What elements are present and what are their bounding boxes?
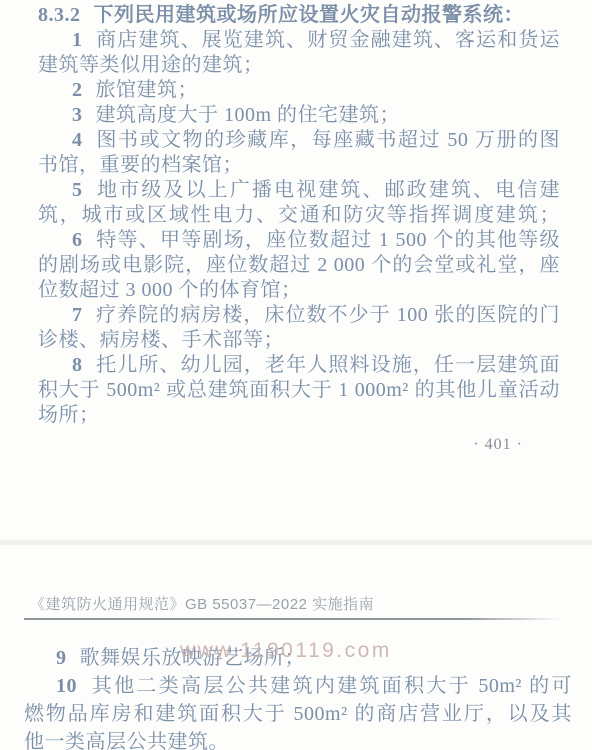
item-number: 8.3.2 bbox=[38, 4, 81, 26]
line-text: 地市级及以上广播电视建筑、邮政建筑、电信建 bbox=[96, 179, 561, 201]
text-line: 建筑等类似用途的建筑； bbox=[38, 53, 560, 78]
line-text: 托儿所、幼儿园，老年人照料设施，任一层建筑面 bbox=[96, 354, 561, 376]
text-line: 2旅馆建筑； bbox=[38, 78, 560, 103]
line-text: 商店建筑、展览建筑、财贸金融建筑、客运和货运 bbox=[96, 29, 561, 51]
item-number: 7 bbox=[72, 304, 83, 326]
line-text: 建筑高度大于 100m 的住宅建筑； bbox=[96, 104, 401, 126]
header-rule bbox=[24, 618, 562, 620]
text-line: 书馆，重要的档案馆； bbox=[38, 153, 560, 178]
clause-text-block-bottom: 9歌舞娱乐放映游艺场所；10其他二类高层公共建筑内建筑面积大于 50m² 的可燃… bbox=[24, 644, 572, 750]
scanned-document-page: { "colors": { "ink": "#7b8fa8", "header_… bbox=[0, 0, 592, 750]
text-line: 5地市级及以上广播电视建筑、邮政建筑、电信建 bbox=[38, 178, 560, 203]
text-line: 9歌舞娱乐放映游艺场所； bbox=[24, 644, 572, 672]
text-line: 积大于 500m² 或总建筑面积大于 1 000m² 的其他儿童活动 bbox=[38, 378, 560, 403]
line-text: 歌舞娱乐放映游艺场所； bbox=[80, 647, 306, 669]
line-text: 其他二类高层公共建筑内建筑面积大于 50m² 的可 bbox=[90, 675, 572, 697]
text-line: 位数超过 3 000 个的体育馆； bbox=[38, 278, 560, 303]
text-line: 3建筑高度大于 100m 的住宅建筑； bbox=[38, 103, 560, 128]
text-line: 4图书或文物的珍藏库，每座藏书超过 50 万册的图 bbox=[38, 128, 560, 153]
text-line: 10其他二类高层公共建筑内建筑面积大于 50m² 的可 bbox=[24, 672, 572, 700]
text-line: 1商店建筑、展览建筑、财贸金融建筑、客运和货运 bbox=[38, 28, 560, 53]
text-line: 8托儿所、幼儿园，老年人照料设施，任一层建筑面 bbox=[38, 353, 560, 378]
page-seam-divider bbox=[0, 540, 592, 545]
clause-text-block-top: 8.3.2下列民用建筑或场所应设置火灾自动报警系统：1商店建筑、展览建筑、财贸金… bbox=[38, 3, 560, 428]
item-number: 10 bbox=[56, 675, 77, 697]
text-line: 8.3.2下列民用建筑或场所应设置火灾自动报警系统： bbox=[38, 3, 560, 28]
item-number: 3 bbox=[72, 104, 83, 126]
text-line: 燃物品库房和建筑面积大于 500m² 的商店营业厅，以及其 bbox=[24, 700, 572, 728]
item-number: 4 bbox=[72, 129, 83, 151]
text-line: 7疗养院的病房楼，床位数不少于 100 张的医院的门 bbox=[38, 303, 560, 328]
item-number: 9 bbox=[56, 647, 67, 669]
text-line: 的剧场或电影院，座位数超过 2 000 个的会堂或礼堂，座 bbox=[38, 253, 560, 278]
running-header: 《建筑防火通用规范》GB 55037—2022 实施指南 bbox=[30, 593, 570, 614]
item-number: 2 bbox=[72, 79, 83, 101]
text-line: 筑，城市或区域性电力、交通和防灾等指挥调度建筑； bbox=[38, 203, 560, 228]
item-number: 8 bbox=[72, 354, 83, 376]
item-number: 1 bbox=[72, 29, 83, 51]
item-number: 6 bbox=[72, 229, 83, 251]
text-line: 场所； bbox=[38, 403, 560, 428]
item-number: 5 bbox=[72, 179, 83, 201]
text-line: 6特等、甲等剧场，座位数超过 1 500 个的其他等级 bbox=[38, 228, 560, 253]
text-line: 诊楼、病房楼、手术部等； bbox=[38, 328, 560, 353]
line-text: 疗养院的病房楼，床位数不少于 100 张的医院的门 bbox=[96, 304, 561, 326]
text-line: 他一类高层公共建筑。 bbox=[24, 728, 572, 750]
page-number: · 401 · bbox=[38, 436, 523, 454]
line-text: 下列民用建筑或场所应设置火灾自动报警系统： bbox=[94, 4, 525, 26]
line-text: 旅馆建筑； bbox=[96, 79, 199, 101]
line-text: 图书或文物的珍藏库，每座藏书超过 50 万册的图 bbox=[96, 129, 561, 151]
line-text: 特等、甲等剧场，座位数超过 1 500 个的其他等级 bbox=[96, 229, 561, 251]
